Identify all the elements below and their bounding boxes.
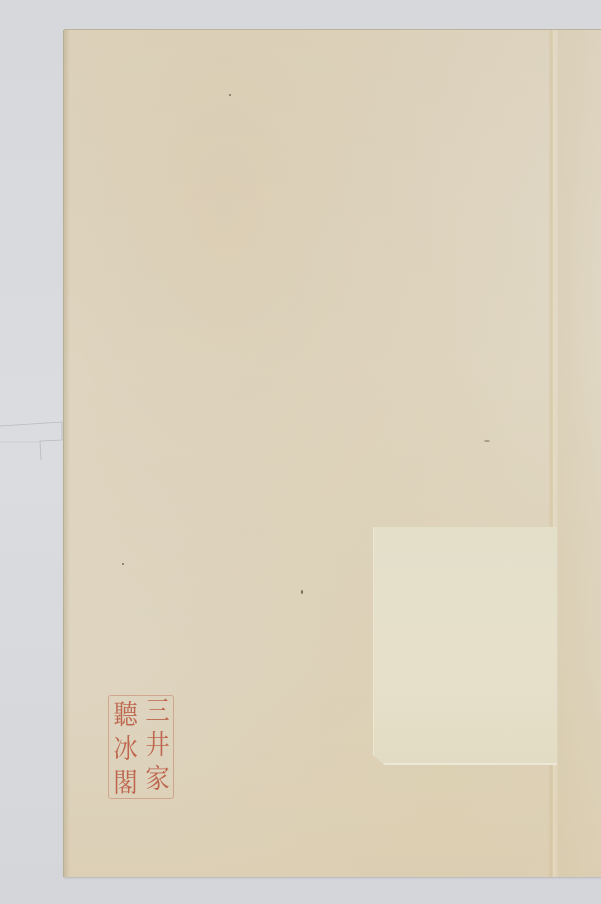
paper-speck xyxy=(122,563,124,565)
seal-column-right: 三 井 家 xyxy=(142,695,172,797)
red-seal-stamp: 三 井 家 聽 冰 閣 xyxy=(108,695,174,799)
seal-char: 三 xyxy=(145,695,169,729)
photo-scene: 三 井 家 聽 冰 閣 xyxy=(0,0,601,904)
seal-char: 閣 xyxy=(113,767,137,801)
paper-speck xyxy=(229,94,231,96)
book-page: 三 井 家 聽 冰 閣 xyxy=(64,30,601,877)
paper-speck xyxy=(484,440,490,442)
seal-char: 聽 xyxy=(113,699,137,733)
seal-column-left: 聽 冰 閣 xyxy=(110,699,140,801)
seal-char: 冰 xyxy=(113,733,137,767)
page-overlap xyxy=(558,30,601,877)
page-edge xyxy=(64,30,70,877)
seal-char: 家 xyxy=(145,763,169,797)
backing-sheet-lines xyxy=(0,400,64,460)
pasted-paper-inset xyxy=(373,527,557,765)
paper-speck xyxy=(301,590,303,594)
seal-char: 井 xyxy=(145,729,169,763)
